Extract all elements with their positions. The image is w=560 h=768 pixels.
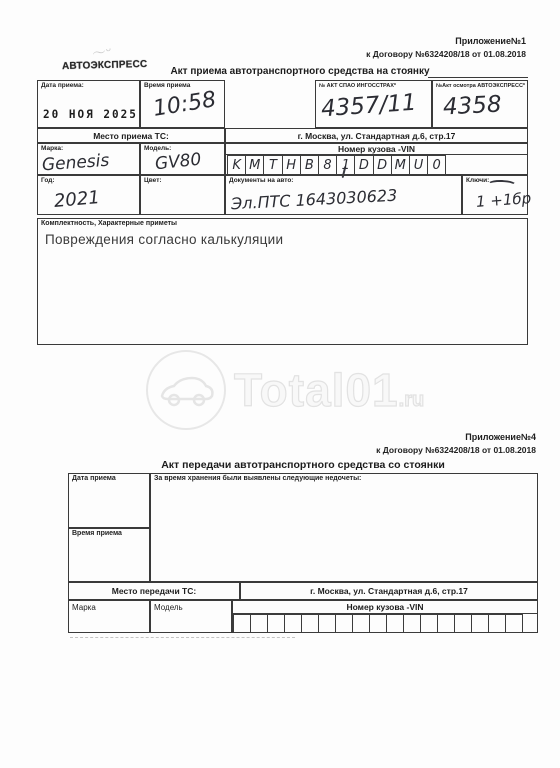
- transfer-time-label: Время приема: [72, 530, 122, 538]
- form2-appendix-label: Приложение№4: [465, 432, 536, 442]
- keys-label: Ключи:: [466, 177, 489, 185]
- vin-header: Номер кузова -VIN: [226, 144, 527, 155]
- date-received-cell: Дата приема: 20 НОЯ 2025: [37, 80, 140, 128]
- vin-char-box: T: [263, 155, 282, 175]
- damages-note: Повреждения согласно калькуляции: [45, 232, 283, 247]
- form1-contract-ref: к Договору №6324208/18 от 01.08.2018: [366, 49, 526, 59]
- vin-char-box: 1: [336, 155, 355, 175]
- vin-char-box: [403, 614, 421, 633]
- footnote-dashed-line: [70, 637, 295, 638]
- year-label: Год:: [41, 177, 55, 185]
- docs-value: Эл.ПТС 1643030623: [231, 188, 398, 213]
- defects-cell: За время хранения были выявлены следующи…: [150, 473, 538, 582]
- date-stamp: 20 НОЯ 2025: [43, 108, 138, 122]
- transfer-date-cell: Дата приема: [68, 473, 150, 528]
- brand-value: Genesis: [41, 153, 109, 175]
- keys-value: 1 +1бр: [476, 191, 532, 210]
- time-received-label: Время приема: [144, 82, 190, 90]
- vin-char-box: M: [391, 155, 410, 175]
- vin-char-box: 0: [427, 155, 446, 175]
- vin-char-box: [437, 614, 455, 633]
- transfer-place-label: Место передачи ТС:: [112, 586, 196, 596]
- vin-char-box: K: [227, 155, 246, 175]
- time-received-cell: Время приема 10:58: [140, 80, 225, 128]
- vin-char-box: [488, 614, 506, 633]
- form2-contract-ref: к Договору №6324208/18 от 01.08.2018: [376, 445, 536, 455]
- inspection-act-label: №Акт осмотра АВТОЭКСПРЕСС*: [436, 82, 525, 90]
- vin-char-box: B: [300, 155, 319, 175]
- brand-label: Марка:: [41, 145, 63, 153]
- model-value: GV80: [154, 152, 202, 174]
- defects-label: За время хранения были выявлены следующи…: [154, 475, 361, 483]
- vin-header: Номер кузова -VIN: [233, 601, 537, 614]
- model-cell: Модель: GV80: [140, 143, 225, 175]
- insurer-act-value: 4357/11: [320, 92, 417, 122]
- color-label: Цвет:: [144, 177, 162, 185]
- form1-table: Дата приема: 20 НОЯ 2025 Время приема 10…: [37, 80, 528, 345]
- keys-cell: Ключи: 1 +1бр: [462, 175, 528, 215]
- transfer-model-label: Модель: [154, 604, 183, 612]
- brand-cell: Марка: Genesis: [37, 143, 140, 175]
- form2-title: Акт передачи автотранспортного средства …: [68, 459, 538, 471]
- vin-char-box: [420, 614, 438, 633]
- form1-title: Акт приема автотранспортного средства на…: [150, 66, 450, 77]
- title-trailing-line: [428, 77, 528, 78]
- insurer-act-label: № АКТ СПАО ИНГОССТРАХ*: [319, 82, 396, 90]
- vin-char-box: [301, 614, 319, 633]
- vin-char-box: M: [245, 155, 264, 175]
- docs-label: Документы на авто:: [229, 177, 293, 185]
- place-label-cell: Место приема ТС:: [37, 128, 225, 143]
- vin-char-box: 8: [318, 155, 337, 175]
- vin-row: KMTHB81DDMU0: [227, 155, 445, 175]
- vin-char-box: D: [373, 155, 392, 175]
- transfer-time-cell: Время приема: [68, 528, 150, 582]
- vin-char-box: U: [409, 155, 428, 175]
- scanned-document-page: Приложение№1 к Договору №6324208/18 от 0…: [0, 0, 560, 768]
- form1-appendix-label: Приложение№1: [455, 36, 526, 46]
- vin-char-box: [318, 614, 336, 633]
- place-value: г. Москва, ул. Стандартная д.6, стр.17: [298, 131, 456, 141]
- vin-char-box: [335, 614, 353, 633]
- form2-table: Дата приема Время приема За время хранен…: [68, 473, 538, 633]
- vin-char-box: [352, 614, 370, 633]
- vin-char-box: [267, 614, 285, 633]
- inspection-act-value: 4358: [442, 93, 502, 119]
- watermark-car-icon: [146, 350, 226, 430]
- color-cell: Цвет:: [140, 175, 225, 215]
- keys-bracket-mark: [487, 179, 517, 190]
- transfer-model-cell: Модель: [150, 600, 232, 633]
- transfer-brand-label: Марка: [72, 604, 96, 612]
- vin-char-box: [454, 614, 472, 633]
- transfer-place-value-cell: г. Москва, ул. Стандартная д.6, стр.17: [240, 582, 538, 600]
- vin-char-box: H: [282, 155, 301, 175]
- transfer-place-label-cell: Место передачи ТС:: [68, 582, 240, 600]
- model-label: Модель:: [144, 145, 171, 153]
- vin-char-box: [369, 614, 387, 633]
- year-cell: Год: 2021: [37, 175, 140, 215]
- insurer-act-cell: № АКТ СПАО ИНГОССТРАХ* 4357/11: [315, 80, 432, 128]
- time-received-value: 10:58: [152, 89, 218, 121]
- docs-cell: Документы на авто: Эл.ПТС 1643030623: [225, 175, 462, 215]
- vin-char-box: [386, 614, 404, 633]
- vin-char-box: [284, 614, 302, 633]
- completeness-cell: Комплектность, Характерные приметы Повре…: [37, 218, 528, 345]
- vin-char-box: D: [354, 155, 373, 175]
- vin-char-box: [505, 614, 523, 633]
- transfer-date-label: Дата приема: [72, 475, 116, 483]
- watermark: Total01.ru: [146, 350, 424, 430]
- inspection-act-cell: №Акт осмотра АВТОЭКСПРЕСС* 4358: [432, 80, 528, 128]
- watermark-tld: .ru: [399, 389, 425, 411]
- completeness-label: Комплектность, Характерные приметы: [41, 220, 177, 228]
- year-value: 2021: [53, 189, 100, 211]
- place-label: Место приема ТС:: [93, 131, 169, 141]
- date-received-label: Дата приема:: [41, 82, 84, 90]
- vin-char-box: [233, 614, 251, 633]
- watermark-text: Total01.ru: [234, 363, 424, 417]
- watermark-brand: Total01: [234, 364, 399, 416]
- vin-row-empty: [233, 614, 522, 633]
- vin-char-box: [250, 614, 268, 633]
- vin-char-box: [471, 614, 489, 633]
- vin-area-form1: Номер кузова -VIN KMTHB81DDMU0: [225, 143, 528, 175]
- vin-area-form2: Номер кузова -VIN: [232, 600, 538, 633]
- transfer-place-value: г. Москва, ул. Стандартная д.6, стр.17: [310, 586, 468, 596]
- place-value-cell: г. Москва, ул. Стандартная д.6, стр.17: [225, 128, 528, 143]
- autoexpress-logo: АВТОЭКСПРЕСС: [62, 59, 148, 72]
- transfer-brand-cell: Марка: [68, 600, 150, 633]
